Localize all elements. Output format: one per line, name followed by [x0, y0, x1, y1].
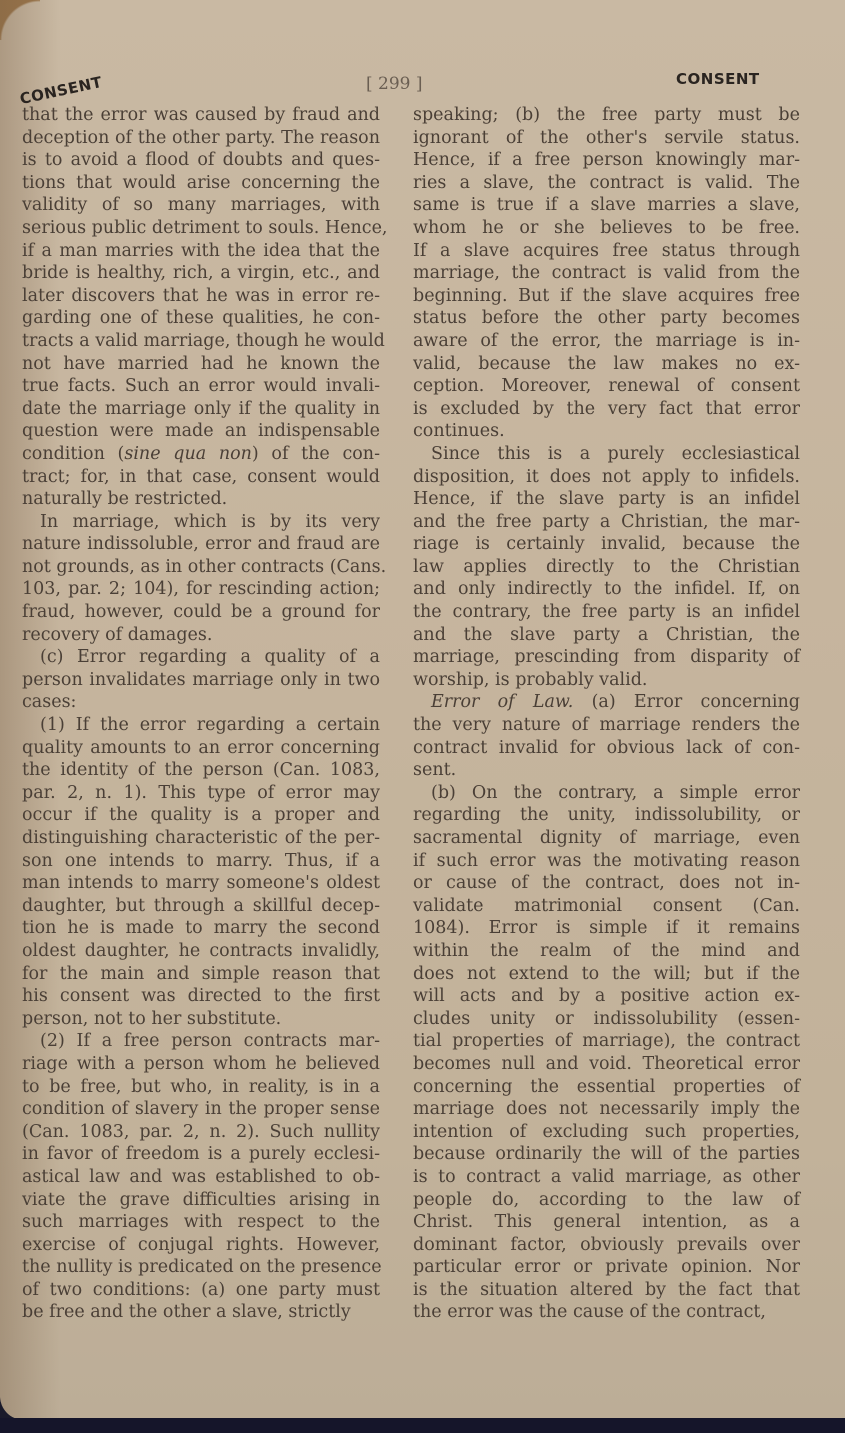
text-line: In marriage, which is by its very — [22, 511, 380, 534]
text-line: valid, because the law makes no ex- — [413, 353, 800, 376]
text-line: distinguishing characteristic of the per… — [22, 827, 380, 850]
text-line: of two conditions: (a) one party must — [22, 1279, 380, 1302]
text-line: viate the grave difficulties arising in — [22, 1189, 380, 1212]
text-line: whom he or she believes to be free. — [413, 217, 800, 240]
text-line: is the situation altered by the fact tha… — [413, 1279, 800, 1302]
text-line: Error of Law. (a) Error concerning — [413, 691, 800, 714]
left-running-head: CONSENT — [18, 73, 104, 108]
text-line: ception. Moreover, renewal of consent — [413, 375, 800, 398]
text-line: (b) On the contrary, a simple error — [413, 782, 800, 805]
text-line: exercise of conjugal rights. However, — [22, 1234, 380, 1257]
text-line: if such error was the motivating reason — [413, 850, 800, 873]
text-line: the nullity is predicated on the presenc… — [22, 1256, 380, 1279]
text-line: 103, par. 2; 104), for rescinding action… — [22, 578, 380, 601]
text-line: within the realm of the mind and — [413, 940, 800, 963]
text-line: cludes unity or indissolubility (essen- — [413, 1008, 800, 1031]
right-text-column: speaking; (b) the free party must beigno… — [413, 104, 800, 1324]
text-line: naturally be restricted. — [22, 488, 380, 511]
text-line: if a man marries with the idea that the — [22, 240, 380, 263]
text-line: (1) If the error regarding a certain — [22, 714, 380, 737]
text-line: Christ. This general intention, as a — [413, 1211, 800, 1234]
text-line: ries a slave, the contract is valid. The — [413, 172, 800, 195]
text-line: fraud, however, could be a ground for — [22, 601, 380, 624]
text-line: dominant factor, obviously prevails over — [413, 1234, 800, 1257]
text-line: sacramental dignity of marriage, even — [413, 827, 800, 850]
page-number: [ 299 ] — [366, 74, 423, 94]
text-line: and the free party a Christian, the mar- — [413, 511, 800, 534]
text-line: riage with a person whom he believed — [22, 1053, 380, 1076]
text-line: true facts. Such an error would invali- — [22, 375, 380, 398]
text-line: does not extend to the will; but if the — [413, 963, 800, 986]
text-line: son one intends to marry. Thus, if a — [22, 850, 380, 873]
text-line: riage is certainly invalid, because the — [413, 533, 800, 556]
text-line: daughter, but through a skillful decep- — [22, 895, 380, 918]
text-line: will acts and by a positive action ex- — [413, 985, 800, 1008]
text-line: par. 2, n. 1). This type of error may — [22, 782, 380, 805]
text-line: bride is healthy, rich, a virgin, etc., … — [22, 262, 380, 285]
text-line: recovery of damages. — [22, 624, 380, 647]
text-line: man intends to marry someone's oldest — [22, 872, 380, 895]
text-line: Hence, if a free person knowingly mar- — [413, 149, 800, 172]
text-line: tion he is made to marry the second — [22, 917, 380, 940]
text-line: aware of the error, the marriage is in- — [413, 330, 800, 353]
text-line: astical law and was established to ob- — [22, 1166, 380, 1189]
book-page: CONSENT [ 299 ] CONSENT that the error w… — [0, 0, 845, 1420]
text-line: is to contract a valid marriage, as othe… — [413, 1166, 800, 1189]
text-line: ignorant of the other's servile status. — [413, 127, 800, 150]
text-line: person, not to her substitute. — [22, 1008, 380, 1031]
text-line: not grounds, as in other contracts (Cans… — [22, 556, 380, 579]
text-line: contract invalid for obvious lack of con… — [413, 737, 800, 760]
text-line: 1084). Error is simple if it remains — [413, 917, 800, 940]
text-line: intention of excluding such properties, — [413, 1121, 800, 1144]
text-line: (2) If a free person contracts mar- — [22, 1030, 380, 1053]
text-line: in favor of freedom is a purely ecclesi- — [22, 1143, 380, 1166]
text-line: people do, according to the law of — [413, 1189, 800, 1212]
right-running-head: CONSENT — [676, 70, 760, 88]
text-line: (c) Error regarding a quality of a — [22, 646, 380, 669]
text-line: tracts a valid marriage, though he would — [22, 330, 380, 353]
text-line: not have married had he known the — [22, 353, 380, 376]
text-line: serious public detriment to souls. Hence… — [22, 217, 380, 240]
text-line: later discovers that he was in error re- — [22, 285, 380, 308]
text-line: validity of so many marriages, with — [22, 194, 380, 217]
text-line: continues. — [413, 420, 800, 443]
text-line: the very nature of marriage renders the — [413, 714, 800, 737]
text-line: is to avoid a flood of doubts and ques- — [22, 149, 380, 172]
text-line: person invalidates marriage only in two — [22, 669, 380, 692]
text-line: regarding the unity, indissolubility, or — [413, 804, 800, 827]
text-line: such marriages with respect to the — [22, 1211, 380, 1234]
text-line: same is true if a slave marries a slave, — [413, 194, 800, 217]
text-line: tial properties of marriage), the contra… — [413, 1030, 800, 1053]
text-line: marriage, prescinding from disparity of — [413, 646, 800, 669]
left-text-column: that the error was caused by fraud andde… — [22, 104, 380, 1324]
text-line: and only indirectly to the infidel. If, … — [413, 578, 800, 601]
text-line: condition (sine qua non) of the con- — [22, 443, 380, 466]
text-line: condition of slavery in the proper sense — [22, 1098, 380, 1121]
text-line: and the slave party a Christian, the — [413, 624, 800, 647]
text-line: the identity of the person (Can. 1083, — [22, 759, 380, 782]
text-line: marriage, the contract is valid from the — [413, 262, 800, 285]
page-header: CONSENT [ 299 ] CONSENT — [0, 68, 845, 98]
text-line: law applies directly to the Christian — [413, 556, 800, 579]
text-line: becomes null and void. Theoretical error — [413, 1053, 800, 1076]
text-line: because ordinarily the will of the parti… — [413, 1143, 800, 1166]
text-line: sent. — [413, 759, 800, 782]
text-line: concerning the essential properties of — [413, 1076, 800, 1099]
text-line: that the error was caused by fraud and — [22, 104, 380, 127]
text-line: status before the other party becomes — [413, 307, 800, 330]
text-line: tions that would arise concerning the — [22, 172, 380, 195]
text-line: the contrary, the free party is an infid… — [413, 601, 800, 624]
text-line: Hence, if the slave party is an infidel — [413, 488, 800, 511]
text-line: nature indissoluble, error and fraud are — [22, 533, 380, 556]
text-line: particular error or private opinion. Nor — [413, 1256, 800, 1279]
text-line: worship, is probably valid. — [413, 669, 800, 692]
text-line: is excluded by the very fact that error — [413, 398, 800, 421]
text-line: for the main and simple reason that — [22, 963, 380, 986]
text-line: quality amounts to an error concerning — [22, 737, 380, 760]
text-line: question were made an indispensable — [22, 420, 380, 443]
table-surface — [0, 1418, 845, 1433]
text-line: If a slave acquires free status through — [413, 240, 800, 263]
text-line: Since this is a purely ecclesiastical — [413, 443, 800, 466]
text-line: the error was the cause of the contract, — [413, 1301, 800, 1324]
text-line: speaking; (b) the free party must be — [413, 104, 800, 127]
text-line: occur if the quality is a proper and — [22, 804, 380, 827]
text-line: his consent was directed to the first — [22, 985, 380, 1008]
text-line: garding one of these qualities, he con- — [22, 307, 380, 330]
text-line: tract; for, in that case, consent would — [22, 466, 380, 489]
text-line: disposition, it does not apply to infide… — [413, 466, 800, 489]
text-line: be free and the other a slave, strictly — [22, 1301, 380, 1324]
text-line: beginning. But if the slave acquires fre… — [413, 285, 800, 308]
text-line: to be free, but who, in reality, is in a — [22, 1076, 380, 1099]
text-line: marriage does not necessarily imply the — [413, 1098, 800, 1121]
text-line: validate matrimonial consent (Can. — [413, 895, 800, 918]
text-line: or cause of the contract, does not in- — [413, 872, 800, 895]
text-line: deception of the other party. The reason — [22, 127, 380, 150]
text-line: (Can. 1083, par. 2, n. 2). Such nullity — [22, 1121, 380, 1144]
text-line: date the marriage only if the quality in — [22, 398, 380, 421]
text-line: cases: — [22, 691, 380, 714]
text-line: oldest daughter, he contracts invalidly, — [22, 940, 380, 963]
